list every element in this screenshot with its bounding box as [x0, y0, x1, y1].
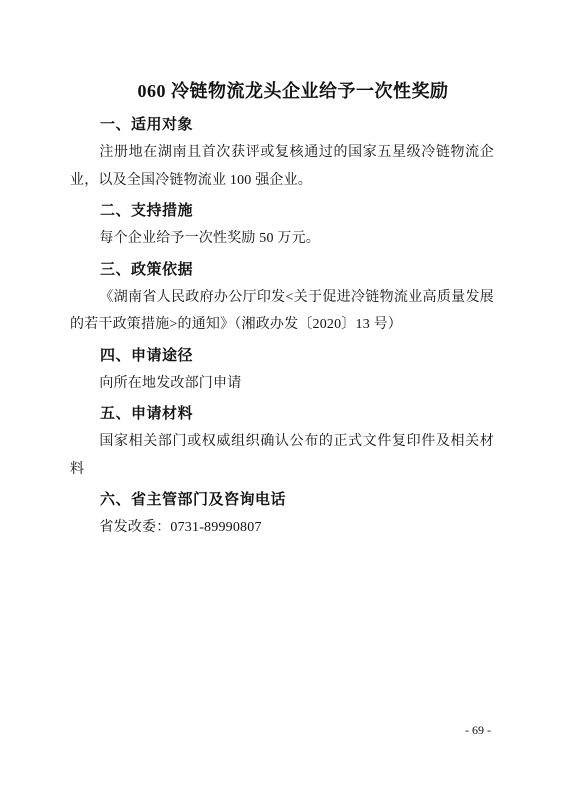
document-title: 060 冷链物流龙头企业给予一次性奖励: [70, 79, 494, 103]
section-heading-support-measures: 二、支持措施: [70, 197, 494, 225]
section-contact-info: 六、省主管部门及咨询电话 省发改委：0731-89990807: [70, 486, 494, 542]
section-heading-application-channel: 四、申请途径: [70, 342, 494, 370]
section-policy-basis: 三、政策依据 《湖南省人民政府办公厅印发<关于促进冷链物流业高质量发展的若干政策…: [70, 256, 494, 339]
section-heading-application-materials: 五、申请材料: [70, 400, 494, 428]
section-body-support-measures: 每个企业给予一次性奖励 50 万元。: [70, 225, 494, 253]
section-support-measures: 二、支持措施 每个企业给予一次性奖励 50 万元。: [70, 197, 494, 253]
document-page: 060 冷链物流龙头企业给予一次性奖励 一、适用对象 注册地在湖南且首次获评或复…: [0, 0, 561, 793]
section-application-materials: 五、申请材料 国家相关部门或权威组织确认公布的正式文件复印件及相关材料: [70, 400, 494, 483]
section-heading-policy-basis: 三、政策依据: [70, 256, 494, 284]
section-heading-applicable-targets: 一、适用对象: [70, 111, 494, 139]
section-body-application-channel: 向所在地发改部门申请: [70, 370, 494, 398]
section-application-channel: 四、申请途径 向所在地发改部门申请: [70, 342, 494, 398]
page-number: - 69 -: [465, 722, 491, 738]
document-content: 060 冷链物流龙头企业给予一次性奖励 一、适用对象 注册地在湖南且首次获评或复…: [70, 79, 494, 542]
section-body-application-materials: 国家相关部门或权威组织确认公布的正式文件复印件及相关材料: [70, 428, 494, 483]
section-applicable-targets: 一、适用对象 注册地在湖南且首次获评或复核通过的国家五星级冷链物流企业，以及全国…: [70, 111, 494, 194]
section-body-applicable-targets: 注册地在湖南且首次获评或复核通过的国家五星级冷链物流企业，以及全国冷链物流业 1…: [70, 139, 494, 194]
section-body-contact-phone: 省发改委：0731-89990807: [70, 514, 494, 542]
section-heading-contact-info: 六、省主管部门及咨询电话: [70, 486, 494, 514]
section-body-policy-basis: 《湖南省人民政府办公厅印发<关于促进冷链物流业高质量发展的若干政策措施>的通知》…: [70, 284, 494, 339]
